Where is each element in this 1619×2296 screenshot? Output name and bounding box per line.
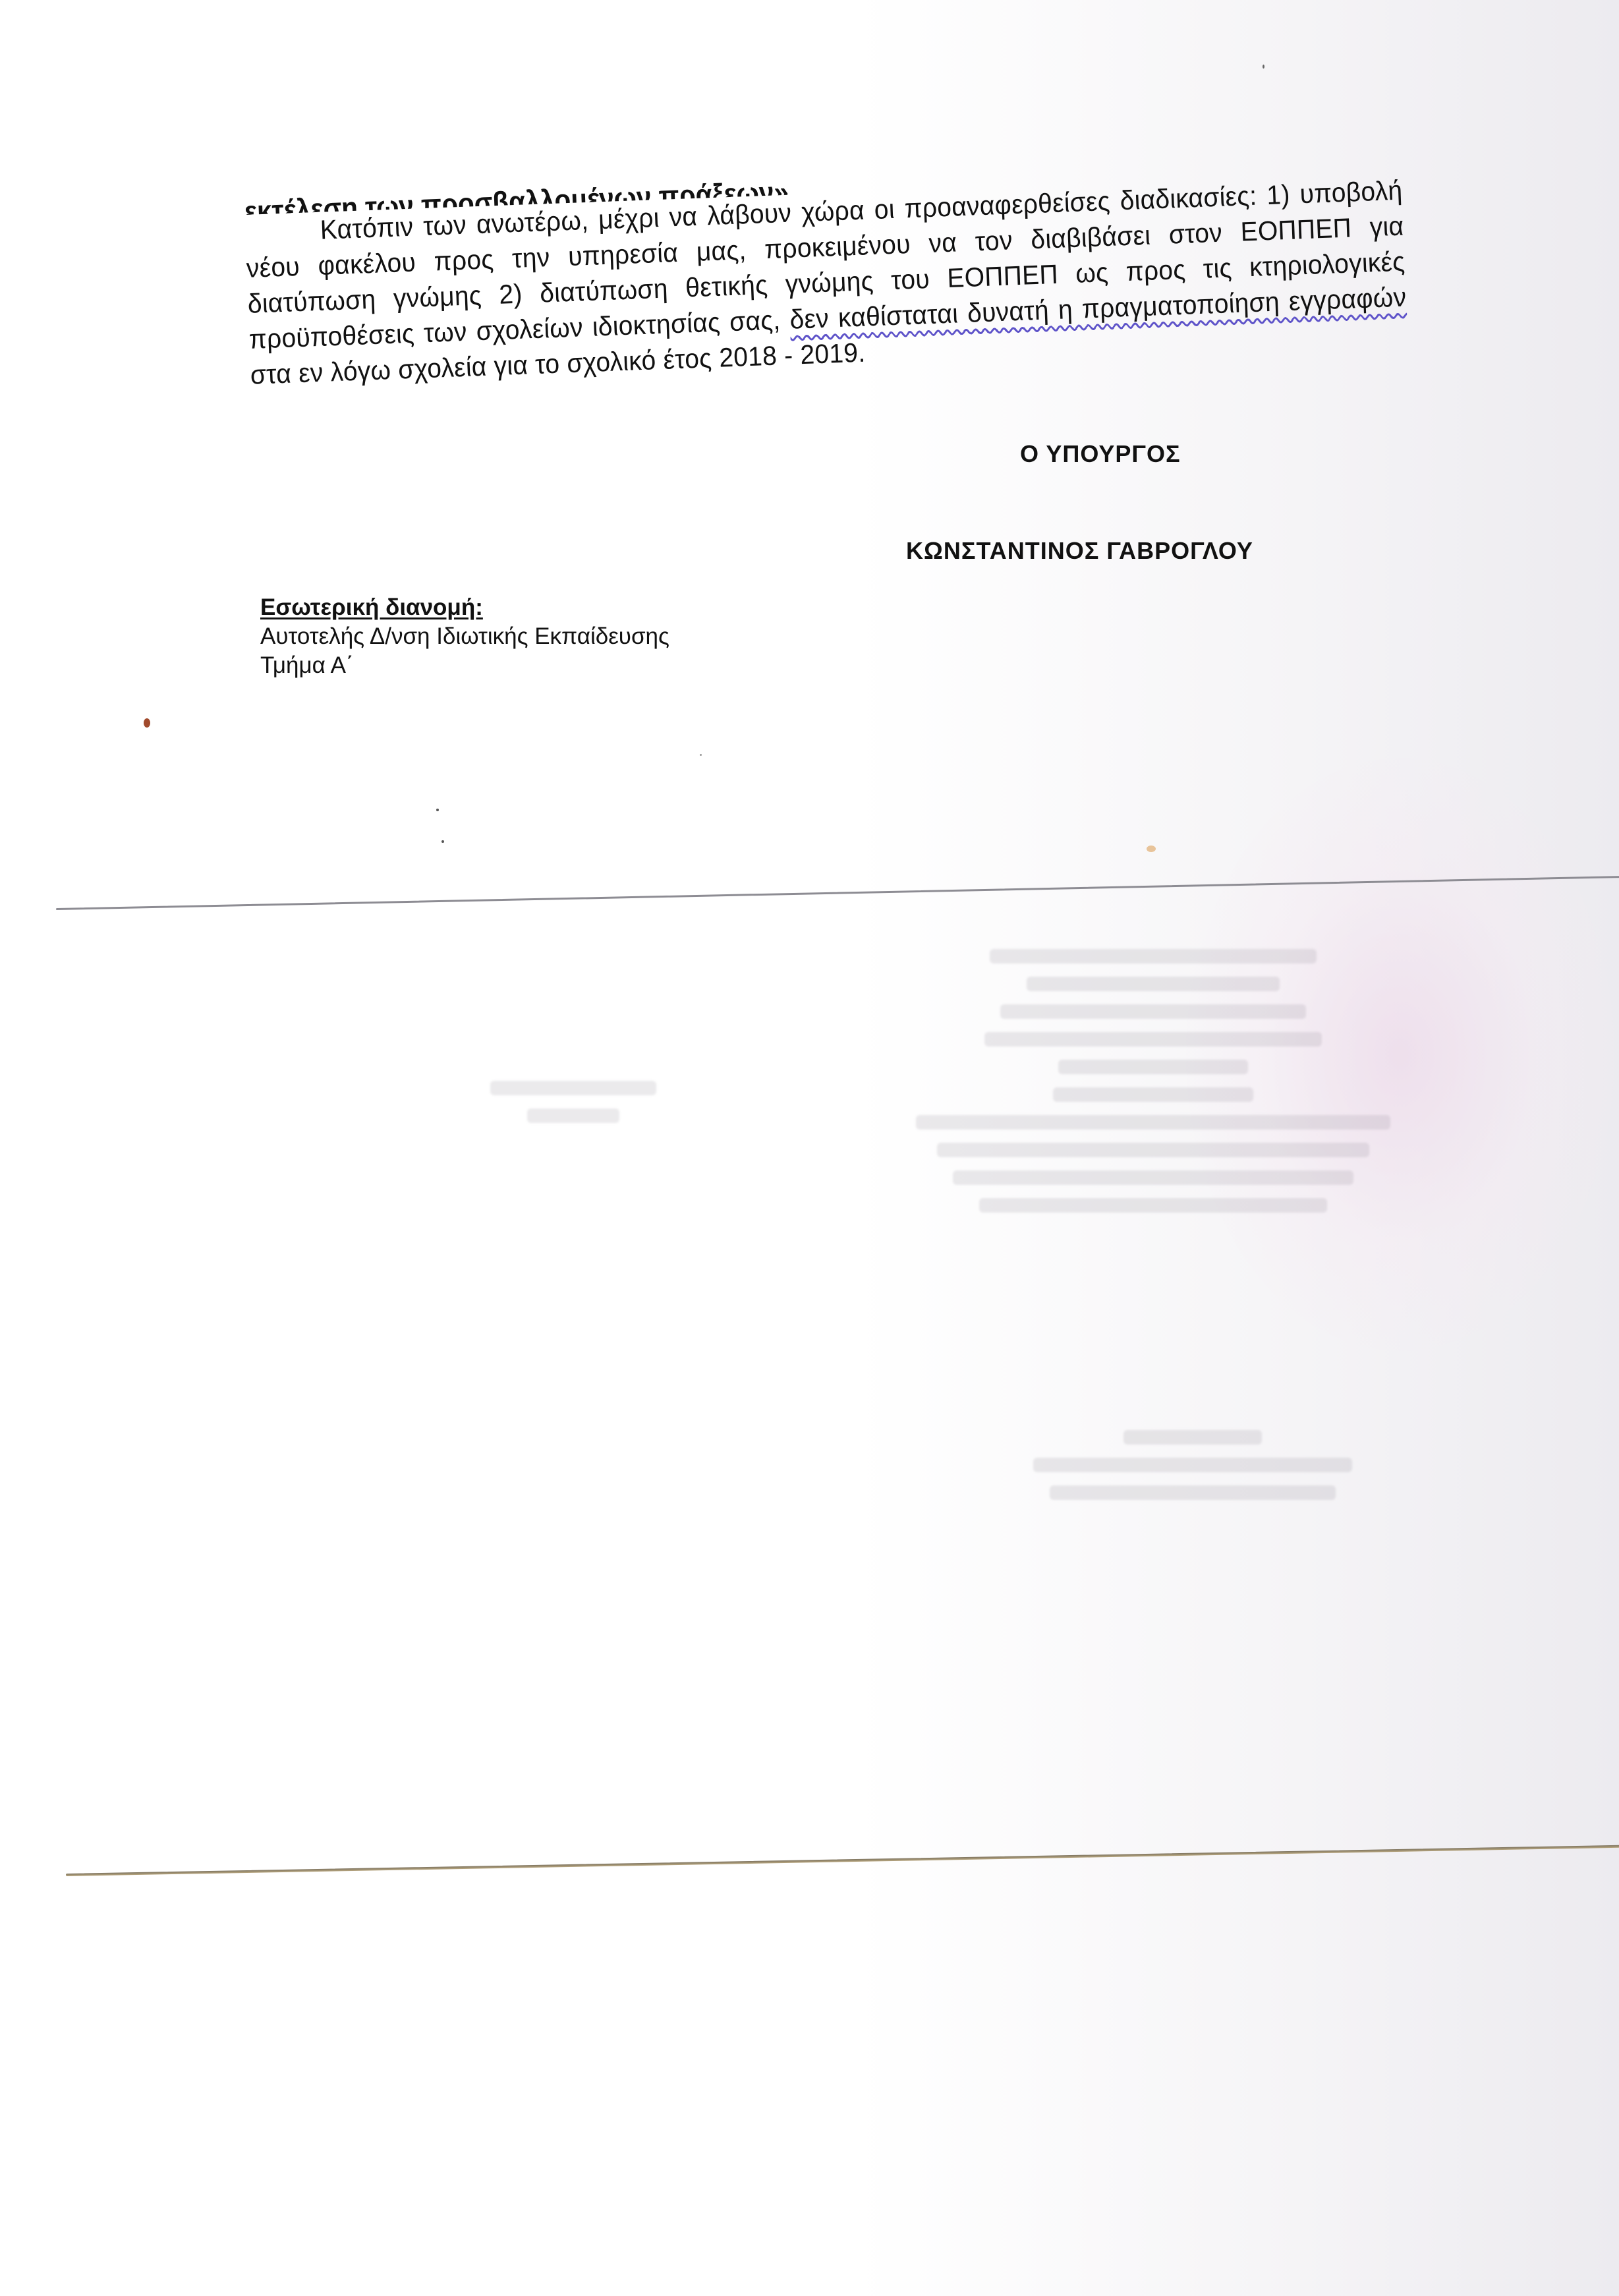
bleed-through-text-fragment	[481, 1068, 666, 1160]
scan-speck	[1263, 65, 1264, 69]
bleed-through-footer-block	[988, 1417, 1397, 1522]
internal-distribution: Εσωτερική διανομή: Αυτοτελής Δ/νση Ιδιωτ…	[260, 593, 669, 680]
scan-speck	[700, 754, 702, 756]
envelope-edge-line	[66, 1845, 1619, 1876]
signature-name: ΚΩΝΣΤΑΝΤΙΝΟΣ ΓΑΒΡΟΓΛΟΥ	[906, 537, 1253, 565]
ink-speck	[144, 718, 150, 728]
distribution-line: Τμήμα Α΄	[260, 651, 669, 680]
bleed-through-address-block	[890, 936, 1417, 1305]
envelope-fold-line	[56, 876, 1619, 910]
distribution-line: Αυτοτελής Δ/νση Ιδιωτικής Εκπαίδευσης	[260, 622, 669, 651]
signature-title: Ο ΥΠΟΥΡΓΟΣ	[1020, 440, 1181, 468]
scan-speck	[441, 840, 444, 843]
paragraph-indent	[245, 239, 320, 242]
scan-speck	[436, 809, 439, 811]
distribution-heading: Εσωτερική διανομή:	[260, 593, 669, 622]
scan-speck	[1147, 846, 1156, 852]
letter-body: εκτέλεση των προσβαλλομένων πράξεων». Κα…	[244, 156, 1410, 393]
